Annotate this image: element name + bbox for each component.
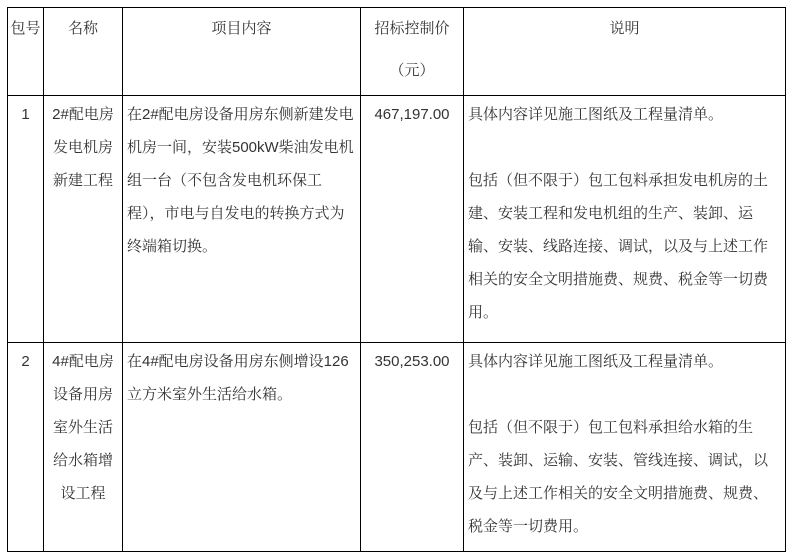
cell-package-no: 1	[8, 96, 44, 343]
cell-project-content: 在4#配电房设备用房东侧增设126立方米室外生活给水箱。	[123, 343, 361, 552]
table-row: 2 4#配电房设备用房室外生活给水箱增设工程 在4#配电房设备用房东侧增设126…	[8, 343, 786, 552]
col-header-note: 说明	[464, 8, 786, 96]
cell-package-name: 4#配电房设备用房室外生活给水箱增设工程	[44, 343, 123, 552]
cell-note: 具体内容详见施工图纸及工程量清单。 包括（但不限于）包工包料承担发电机房的土建、…	[464, 96, 786, 343]
bidding-packages-table: 包号 名称 项目内容 招标控制价 （元） 说明 1 2#配电房发电机房新建工程 …	[7, 7, 786, 552]
col-header-content: 项目内容	[123, 8, 361, 96]
cell-note: 具体内容详见施工图纸及工程量清单。 包括（但不限于）包工包料承担给水箱的生产、装…	[464, 343, 786, 552]
cell-control-price: 467,197.00	[361, 96, 464, 343]
col-header-price: 招标控制价 （元）	[361, 8, 464, 96]
cell-package-name: 2#配电房发电机房新建工程	[44, 96, 123, 343]
col-header-name: 名称	[44, 8, 123, 96]
cell-control-price: 350,253.00	[361, 343, 464, 552]
table-row: 1 2#配电房发电机房新建工程 在2#配电房设备用房东侧新建发电机房一间，安装5…	[8, 96, 786, 343]
document-page: 包号 名称 项目内容 招标控制价 （元） 说明 1 2#配电房发电机房新建工程 …	[0, 0, 791, 557]
cell-project-content: 在2#配电房设备用房东侧新建发电机房一间，安装500kW柴油发电机组一台（不包含…	[123, 96, 361, 343]
cell-package-no: 2	[8, 343, 44, 552]
col-header-package-no: 包号	[8, 8, 44, 96]
table-header-row: 包号 名称 项目内容 招标控制价 （元） 说明	[8, 8, 786, 96]
